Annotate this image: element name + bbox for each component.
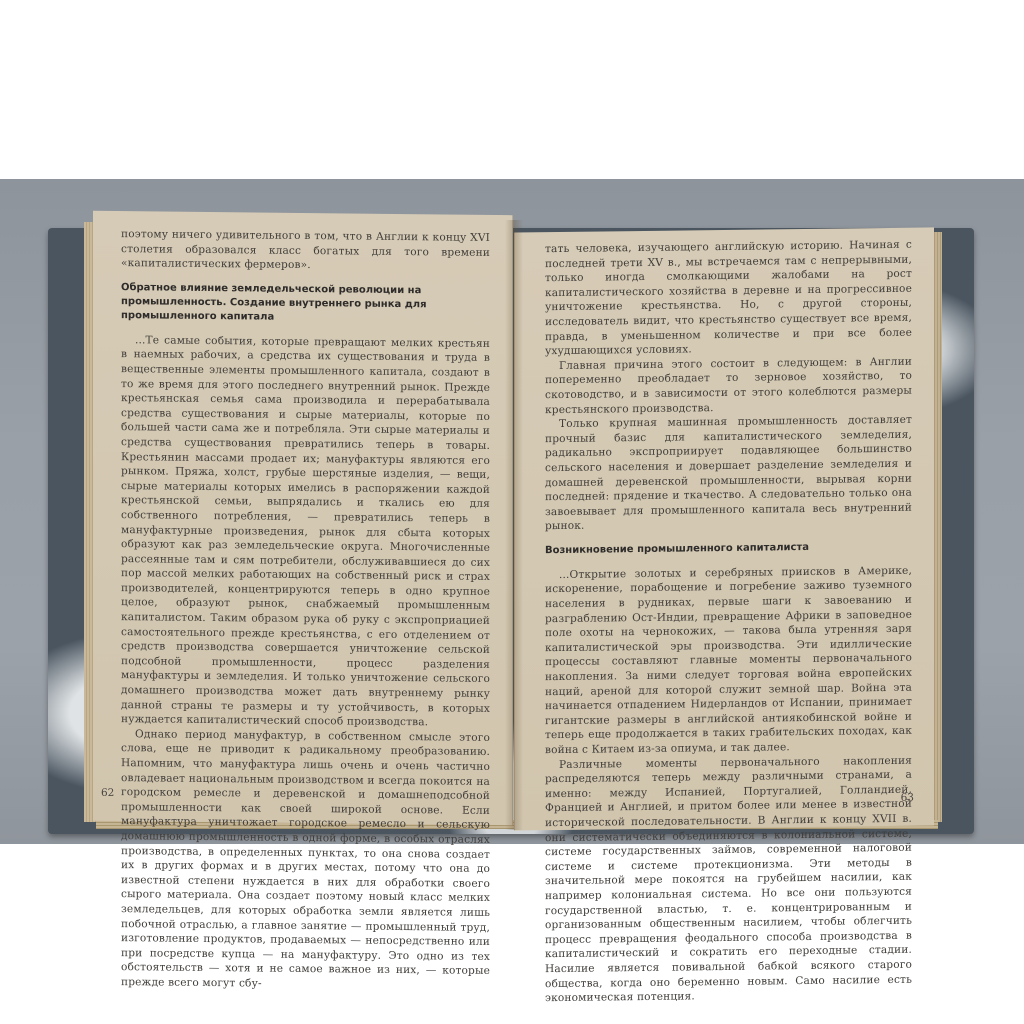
right-page: тать человека, изучающего английскую ист… [514, 227, 934, 830]
left-opening-paragraph: поэтому ничего удивительного в том, что … [121, 227, 490, 275]
left-page-number: 62 [101, 787, 114, 799]
right-paragraph-2: Главная причина этого состоит в следующе… [545, 354, 912, 417]
left-paragraph-1: ...Те самые события, которые превращают … [121, 333, 490, 731]
right-paragraph-5: Различные моменты первоначального накопл… [545, 753, 912, 1006]
right-paragraph-4: ...Открытие золотых и серебряных прииско… [545, 564, 912, 758]
left-paragraph-2: Однако период мануфактур, в собственном … [121, 727, 490, 994]
right-section-heading: Возникновение промышленного капиталиста [545, 540, 912, 558]
right-paragraph-1: тать человека, изучающего английскую ист… [545, 238, 912, 359]
right-page-number: 63 [901, 792, 914, 804]
left-section-heading: Обратное влияние земледельческой революц… [121, 281, 490, 327]
left-page: поэтому ничего удивительного в том, что … [93, 211, 513, 825]
right-paragraph-3: Только крупная машинная промышленность д… [545, 413, 912, 534]
